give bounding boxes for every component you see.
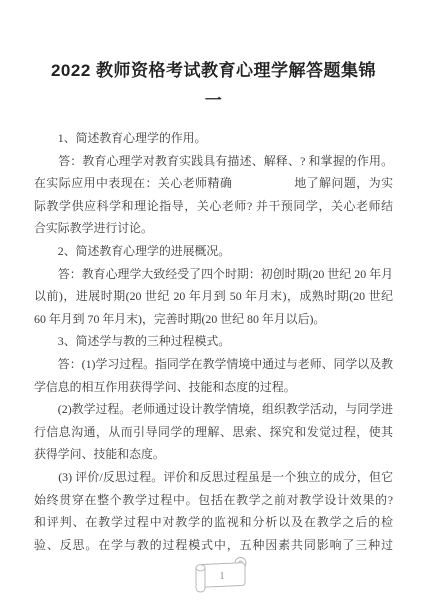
text-line: 答：教育心理学对教育实践具有描述、解释、? 和掌握的作用。 <box>34 150 393 173</box>
text-line: 1、简述教育心理学的作用。 <box>34 127 393 150</box>
document-body: 1、简述教育心理学的作用。 答：教育心理学对教育实践具有描述、解释、? 和掌握的… <box>34 127 393 556</box>
page-number: 1 <box>220 571 225 582</box>
text-line: 答：(1)学习过程。指同学在教学情境中通过与老师、同学以及教 <box>34 353 393 376</box>
document-title: 2022 教师资格考试教育心理学解答题集锦 一 <box>34 56 393 116</box>
text-line: 在实际应用中表现在：关心老师精确 地了解问题，为实 <box>34 172 393 195</box>
text-line: 答：教育心理学大致经受了四个时期：初创时期(20 世纪 20 年月 <box>34 263 393 286</box>
text-line: 始终贯穿在整个教学过程中。包括在教学之前对教学设计效果的? <box>34 489 393 512</box>
text-line: 2、简述教育心理学的进展概况。 <box>34 240 393 263</box>
document-title-line1: 2022 教师资格考试教育心理学解答题集锦 <box>34 56 393 86</box>
text-line: 学信息的相互作用获得学问、技能和态度的过程。 <box>34 376 393 399</box>
text-line: 行信息沟通，从而引导同学的理解、思索、探究和发觉过程，使其 <box>34 421 393 444</box>
text-line: 合实际教学进行讨论。 <box>34 217 393 240</box>
text-line: 获得学问、技能和态度。 <box>34 443 393 466</box>
text-line: 以前)，进展时期(20 世纪 20 年月到 50 年月末)，成熟时期(20 世纪 <box>34 285 393 308</box>
document-page: 2022 教师资格考试教育心理学解答题集锦 一 1、简述教育心理学的作用。 答：… <box>0 0 424 600</box>
text-line: 际教学供应科学和理论指导，关心老师? 并干预同学，关心老师结 <box>34 195 393 218</box>
text-line: 和评判、在教学过程中对教学的监视和分析以及在教学之后的检 <box>34 511 393 534</box>
text-line: (3) 评价/反思过程。评价和反思过程虽是一个独立的成分，但它 <box>34 466 393 489</box>
page-footer: 1 <box>188 555 254 597</box>
page-number-scroll-icon: 1 <box>188 555 254 597</box>
document-title-line2: 一 <box>34 86 393 116</box>
text-line: 验、反思。在学与教的过程模式中，五种因素共同影响了三种过 <box>34 534 393 557</box>
text-line: (2)教学过程。老师通过设计教学情境，组织教学活动，与同学进 <box>34 398 393 421</box>
text-line: 60 年月到 70 年月末)，完善时期(20 世纪 80 年月以后)。 <box>34 308 393 331</box>
text-line: 3、简述学与教的三种过程模式。 <box>34 330 393 353</box>
